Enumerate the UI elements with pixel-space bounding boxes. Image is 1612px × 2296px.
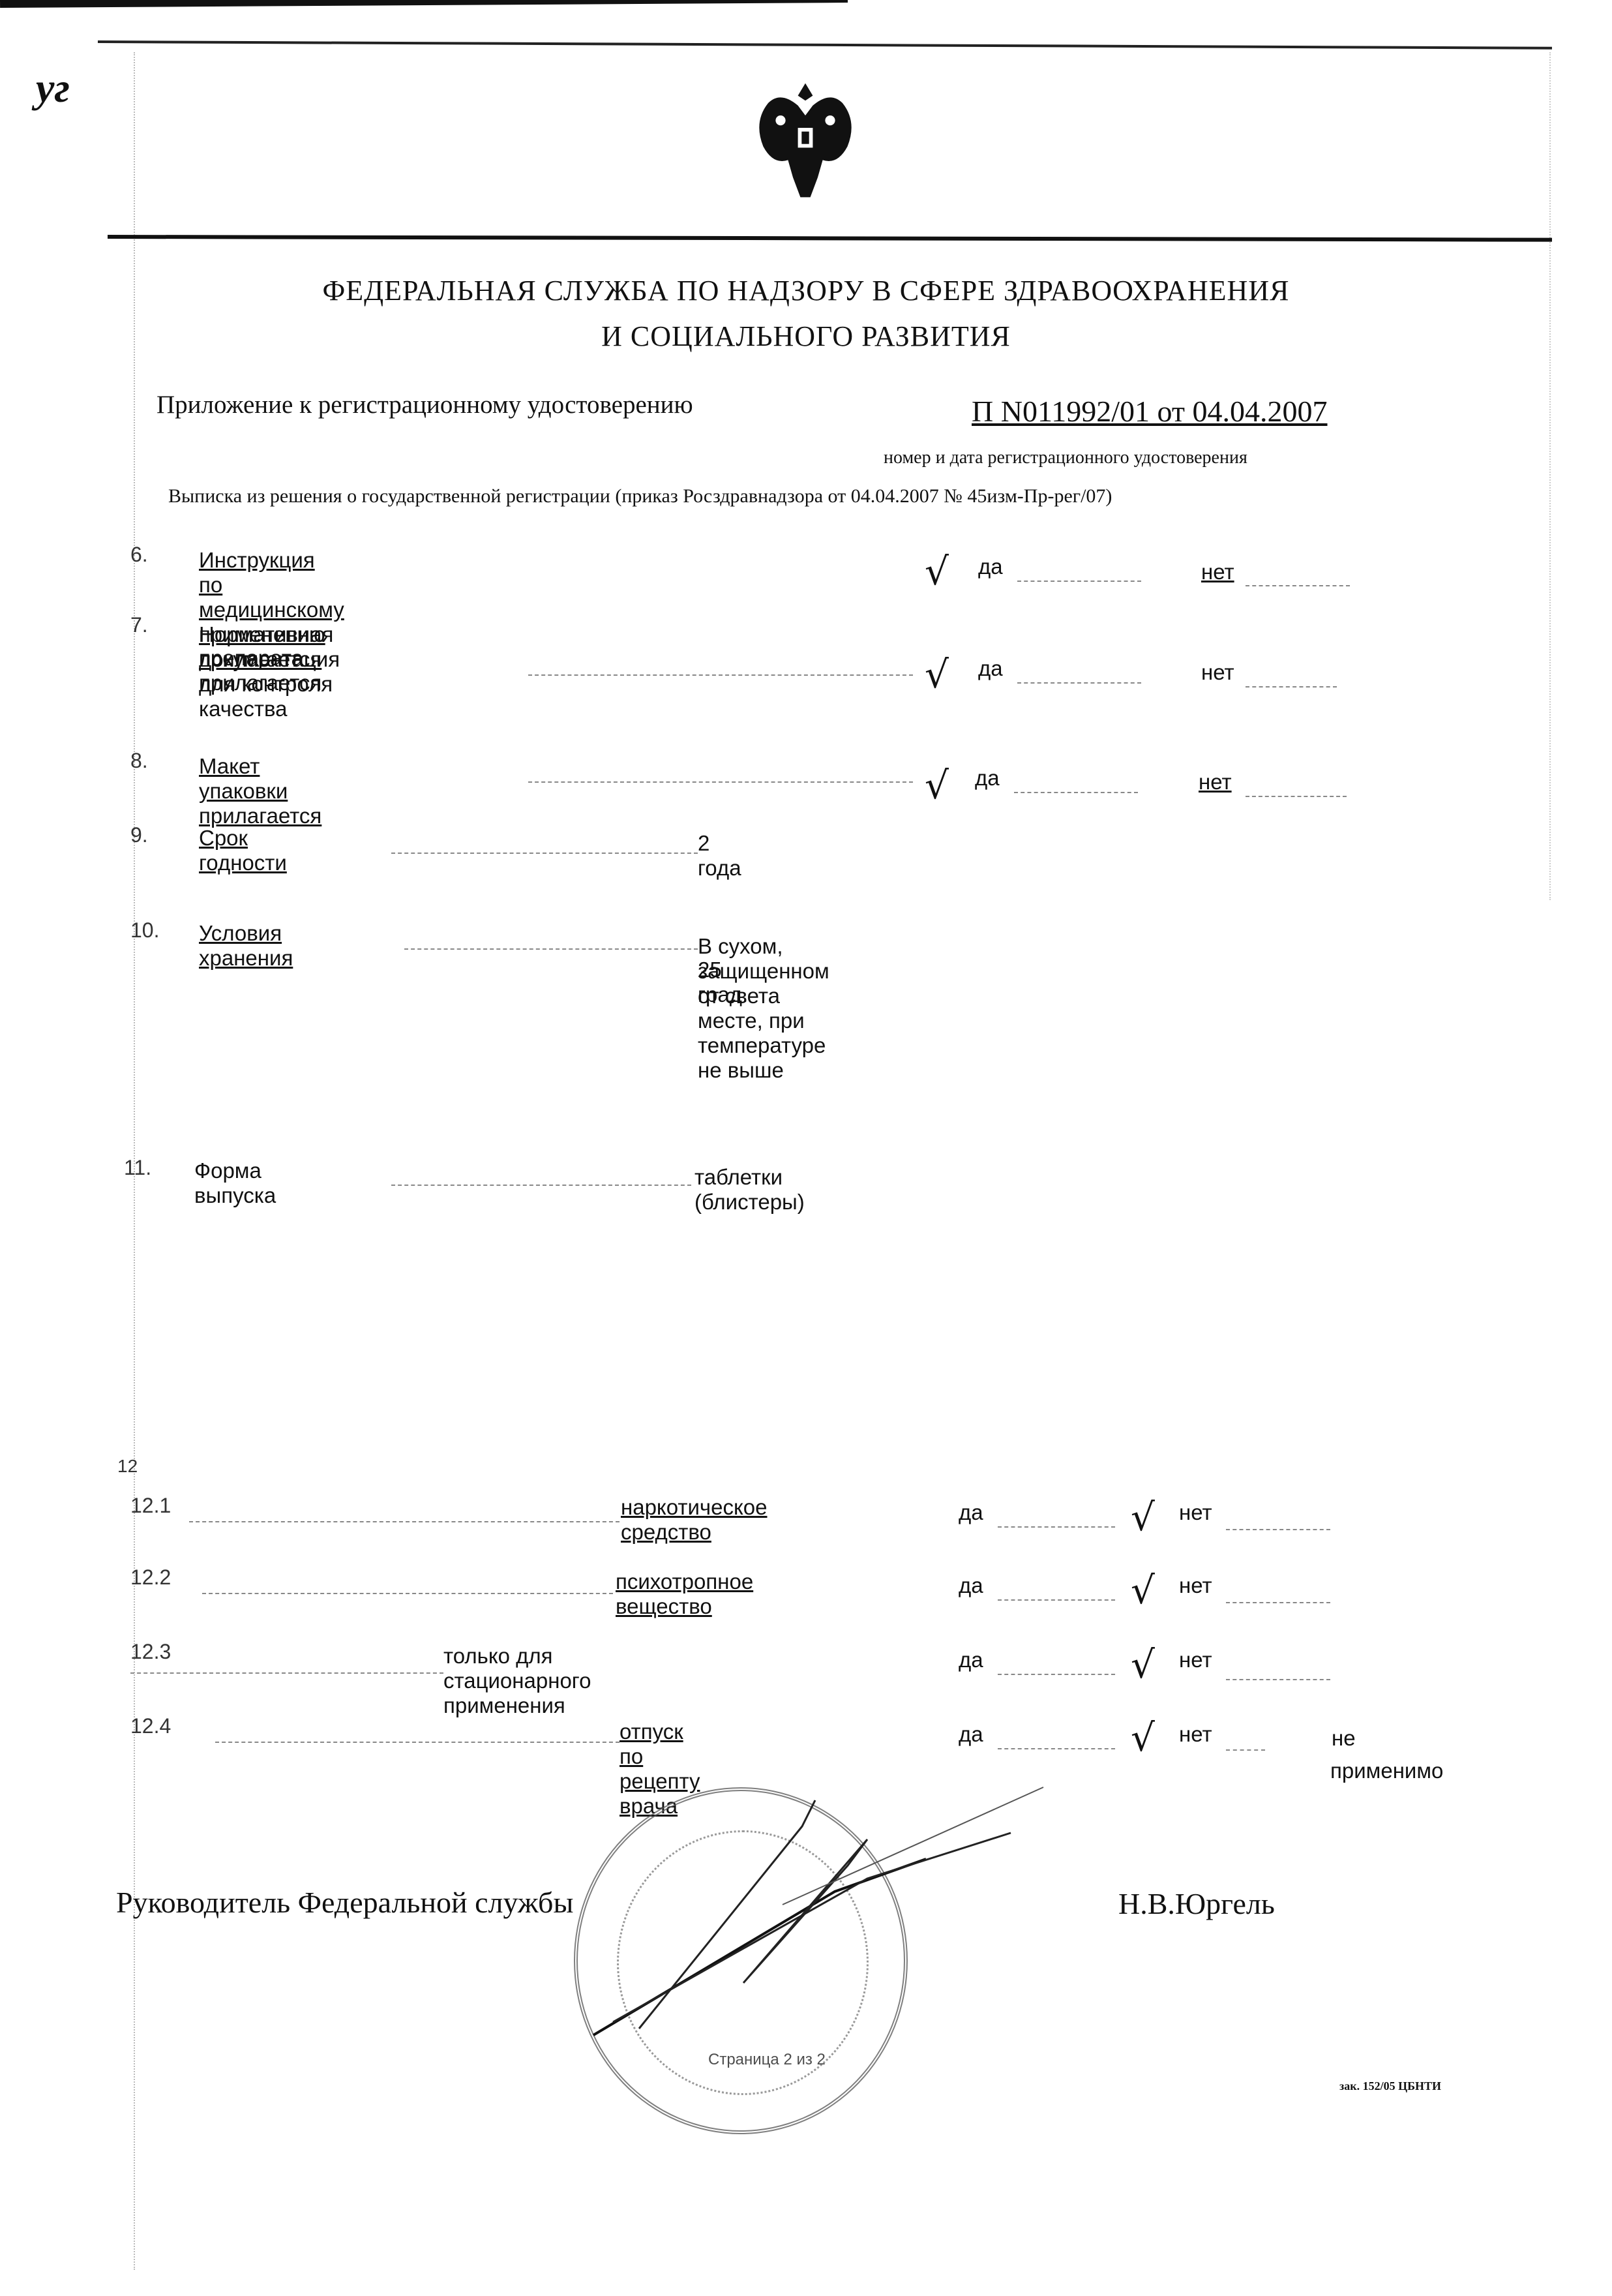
signatory-role: Руководитель Федеральной службы [116,1885,573,1920]
yes-fill [998,1598,1115,1601]
certificate-caption: номер и дата регистрационного удостовере… [884,447,1247,468]
right-margin-line [1549,52,1552,900]
agency-title-line1: ФЕДЕРАЛЬНАЯ СЛУЖБА ПО НАДЗОРУ В СФЕРЕ ЗД… [0,274,1612,307]
yes-option[interactable]: да [959,1722,983,1747]
label-fill [202,1592,613,1594]
stamp-page-text: Страница 2 из 2 [708,2051,826,2069]
row-number: 12.3 [130,1640,171,1664]
item-label-line2: препарата прилагается [199,646,321,695]
no-option[interactable]: нет [1179,1648,1212,1672]
checkmark-icon: √ [925,763,949,808]
handwritten-mark: уг [36,64,70,112]
agency-title-line2: И СОЦИАЛЬНОГО РАЗВИТИЯ [0,320,1612,353]
checkmark-icon: √ [925,652,949,697]
label-fill [130,1671,443,1674]
checkmark-icon: √ [925,549,949,594]
label-fill [189,1520,619,1522]
label-fill [404,947,698,950]
top-rule [98,40,1552,50]
label-fill [528,673,913,676]
yes-fill [1017,579,1141,582]
row-label: только для стационарного применения [443,1644,591,1718]
appendix-label: Приложение к регистрационному удостовере… [157,390,693,419]
no-option[interactable]: нет [1179,1573,1212,1598]
no-option[interactable]: нет [1199,770,1232,794]
signatory-name: Н.В.Юргель [1118,1886,1275,1921]
scan-edge-bar [0,0,848,8]
registration-extract: Выписка из решения о государственной рег… [168,485,1112,507]
row-label: психотропное вещество [616,1569,753,1619]
no-fill [1246,685,1337,687]
footer-print-code: зак. 152/05 ЦБНТИ [1339,2079,1441,2093]
row-number: 12.2 [130,1565,171,1590]
detail-label: Форма выпуска [194,1158,276,1208]
header-rule [108,235,1552,242]
yes-option[interactable]: да [978,554,1003,579]
no-fill [1226,1678,1330,1680]
item-number: 6. [130,543,148,567]
label-fill [391,1183,691,1186]
no-option[interactable]: нет [1201,560,1234,584]
no-fill [1226,1748,1265,1751]
detail-number: 11. [124,1156,151,1180]
no-fill [1246,584,1350,586]
label-fill [215,1740,619,1743]
no-fill [1226,1601,1330,1603]
handwritten-signature-icon [587,1774,1056,2048]
no-fill [1226,1528,1330,1530]
not-applicable-line2: применимо [1330,1759,1443,1783]
checkmark-icon: √ [1131,1568,1155,1612]
checkmark-icon: √ [1131,1642,1155,1687]
detail-value-line2: 25 град. [698,958,748,1007]
not-applicable-line1: не [1332,1726,1356,1751]
no-option[interactable]: нет [1179,1500,1212,1525]
yes-option[interactable]: да [975,766,1000,791]
yes-option[interactable]: да [959,1648,983,1672]
detail-value-line1: В сухом, защищенном от света месте, при … [698,934,829,1083]
yes-fill [1014,791,1138,793]
detail-label: Срок годности [199,826,287,875]
row-label: наркотическое средство [621,1495,767,1545]
no-fill [1246,794,1347,797]
yes-fill [998,1672,1115,1675]
item-number: 8. [130,749,148,773]
yes-option[interactable]: да [959,1573,983,1598]
row-number: 12.4 [130,1714,171,1738]
yes-fill [1017,681,1141,684]
detail-value: 2 года [698,831,741,881]
row-number: 12.1 [130,1494,171,1518]
checkmark-icon: √ [1131,1715,1155,1760]
yes-fill [998,1525,1115,1528]
detail-label: Условия хранения [199,921,293,971]
item-number: 7. [130,613,148,637]
certificate-number: П N011992/01 от 04.04.2007 [972,394,1328,429]
label-fill [528,780,913,783]
yes-option[interactable]: да [978,656,1003,681]
item-label: Макет упаковки прилагается [199,754,321,828]
no-option[interactable]: нет [1179,1722,1212,1747]
label-fill [391,851,698,854]
detail-value: таблетки (блистеры) [694,1165,805,1215]
coat-of-arms-icon [743,78,867,202]
yes-option[interactable]: да [959,1500,983,1525]
checkmark-icon: √ [1131,1495,1155,1539]
detail-number: 10. [130,918,159,943]
section-12-number: 12 [117,1456,138,1477]
detail-number: 9. [130,823,148,847]
yes-fill [998,1747,1115,1749]
no-option[interactable]: нет [1201,660,1234,685]
